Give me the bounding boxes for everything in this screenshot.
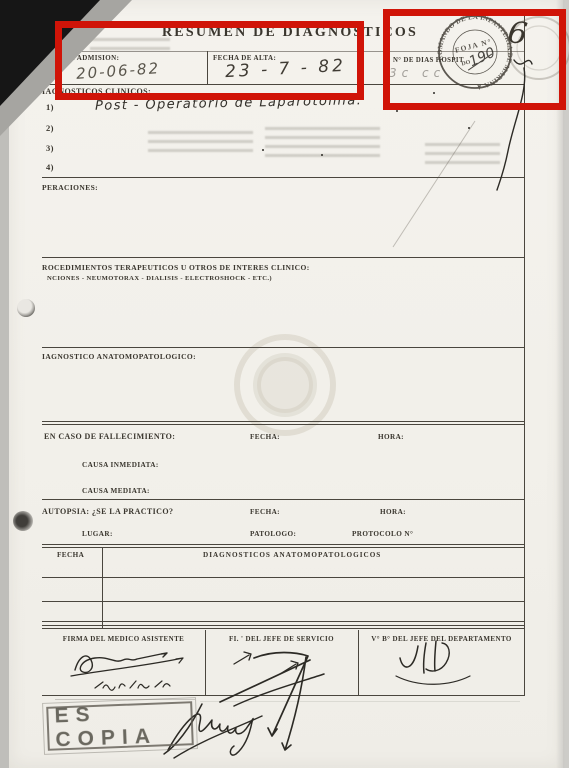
paper-right-edge-shadow	[556, 0, 569, 768]
diagnosis-item-number-2: 2)	[46, 123, 54, 133]
ink-speck-3	[468, 127, 470, 129]
death-date-label: FECHA:	[250, 433, 280, 441]
ink-speck-1	[262, 149, 264, 151]
punch-hole-top	[17, 299, 35, 317]
ink-speck-5	[396, 110, 398, 112]
death-double-line-b	[42, 424, 525, 425]
ghost-text-smudge-1	[148, 126, 253, 152]
table-double-line-a	[42, 544, 525, 545]
protocol-number-label: PROTOCOLO N°	[352, 530, 413, 538]
autopsy-time-label: HORA:	[380, 508, 406, 516]
death-time-label: HORA:	[378, 433, 404, 441]
pathology-diagnosis-label: IAGNOSTICO ANATOMOPATOLOGICO:	[42, 352, 196, 361]
autopsy-place-label: LUGAR:	[82, 530, 113, 538]
procedures-subtitle: NCIONES - NEUMOTORAX - DIALISIS - ELECTR…	[47, 275, 272, 282]
table-row-line-1	[42, 577, 525, 578]
autopsy-label: AUTOPSIA: ¿SE LA PRACTICO?	[42, 507, 173, 516]
pathology-top-line	[42, 347, 525, 348]
es-copia-stamp: ES COPIA	[46, 701, 194, 751]
diagnosis-item-number-1: 1)	[46, 102, 54, 112]
operations-label: PERACIONES:	[42, 183, 98, 192]
table-double-line-b	[42, 547, 525, 548]
ink-speck-2	[321, 154, 323, 156]
table-row-line-3	[42, 621, 525, 622]
immediate-cause-label: CAUSA INMEDIATA:	[82, 461, 159, 469]
punch-hole-bottom	[13, 511, 33, 531]
diagnosis-item-number-4: 4)	[46, 162, 54, 172]
pathologist-label: PATOLOGO:	[250, 530, 296, 538]
es-copia-stamp-text: ES COPIA	[48, 699, 192, 752]
mediate-cause-label: CAUSA MEDIATA:	[82, 487, 150, 495]
table-row-line-2	[42, 601, 525, 602]
diagnosis-item-number-3: 3)	[46, 143, 54, 153]
scratch-line	[385, 115, 480, 255]
table-diagnoses-header: DIAGNOSTICOS ANATOMOPATOLOGICOS	[203, 551, 381, 559]
procedures-title: ROCEDIMIENTOS TERAPEUTICOS U OTROS DE IN…	[42, 263, 310, 272]
department-chief-signature	[388, 634, 503, 696]
table-date-header: FECHA	[57, 551, 84, 559]
operations-top-line	[42, 177, 525, 178]
autopsy-date-label: FECHA:	[250, 508, 280, 516]
red-annotation-box-right	[383, 9, 566, 110]
scanned-document: RESUMEN DE DIAGNOSTICOS CHA DE ADMISION:…	[0, 0, 569, 768]
table-bottom-double-a	[42, 625, 525, 626]
red-annotation-box-left	[55, 21, 364, 100]
death-double-line-a	[42, 421, 525, 422]
table-bottom-double-b	[42, 628, 525, 629]
procedures-top-line	[42, 257, 525, 258]
death-label: EN CASO DE FALLECIMIENTO:	[44, 432, 175, 441]
ghost-text-smudge-2	[265, 127, 380, 157]
table-column-separator	[102, 547, 103, 628]
autopsy-top-line	[42, 499, 525, 500]
